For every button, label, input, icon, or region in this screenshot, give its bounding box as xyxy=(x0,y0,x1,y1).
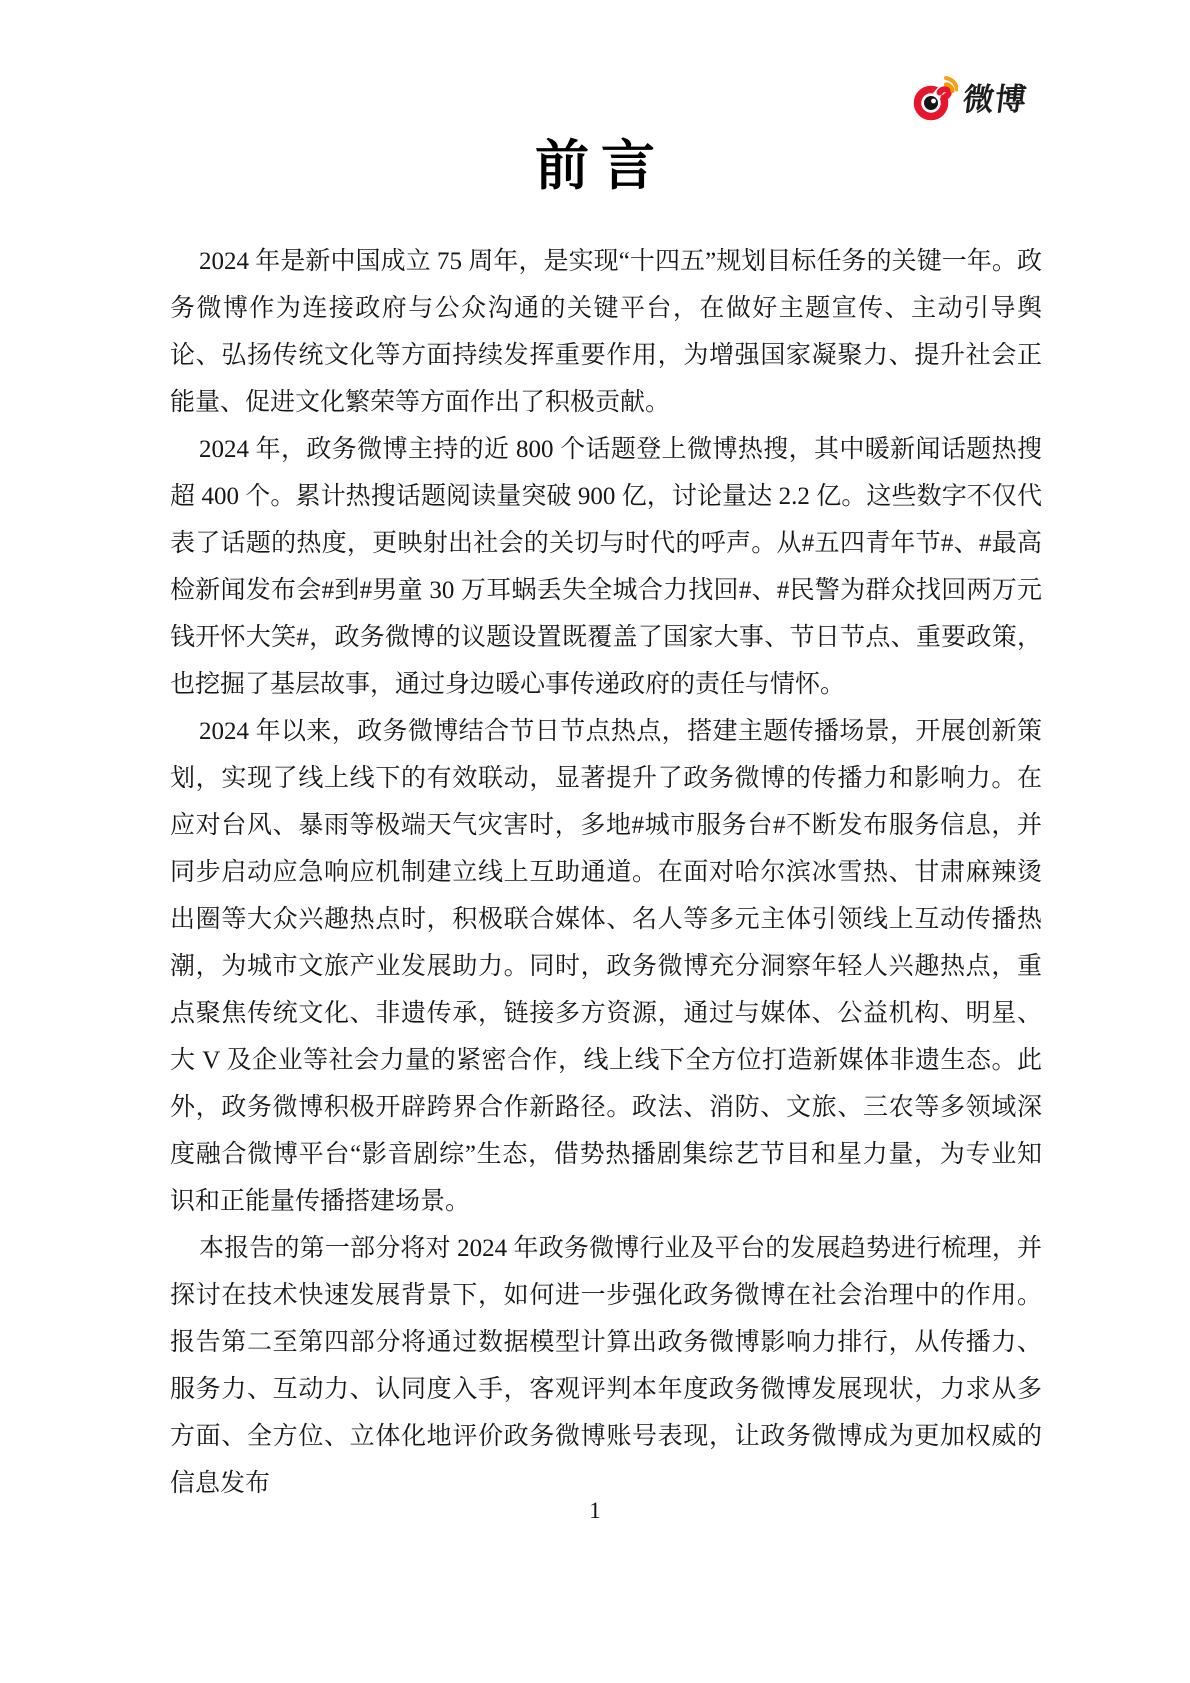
weibo-logo-wordmark: 微博 xyxy=(961,84,1029,115)
document-page: 微博 前言 2024 年是新中国成立 75 周年，是实现“十四五”规划目标任务的… xyxy=(0,0,1190,1683)
page-title: 前言 xyxy=(0,130,1190,203)
weibo-eye-icon xyxy=(912,76,958,122)
page-number: 1 xyxy=(0,1498,1190,1524)
paragraph-4: 本报告的第一部分将对 2024 年政务微博行业及平台的发展趋势进行梳理，并探讨在… xyxy=(170,1225,1042,1507)
paragraph-2: 2024 年，政务微博主持的近 800 个话题登上微博热搜，其中暖新闻话题热搜超… xyxy=(170,426,1042,708)
paragraph-3: 2024 年以来，政务微博结合节日节点热点，搭建主题传播场景，开展创新策划，实现… xyxy=(170,708,1042,1225)
weibo-logo: 微博 xyxy=(912,76,1027,122)
paragraph-1: 2024 年是新中国成立 75 周年，是实现“十四五”规划目标任务的关键一年。政… xyxy=(170,238,1042,426)
preface-body: 2024 年是新中国成立 75 周年，是实现“十四五”规划目标任务的关键一年。政… xyxy=(170,238,1042,1507)
